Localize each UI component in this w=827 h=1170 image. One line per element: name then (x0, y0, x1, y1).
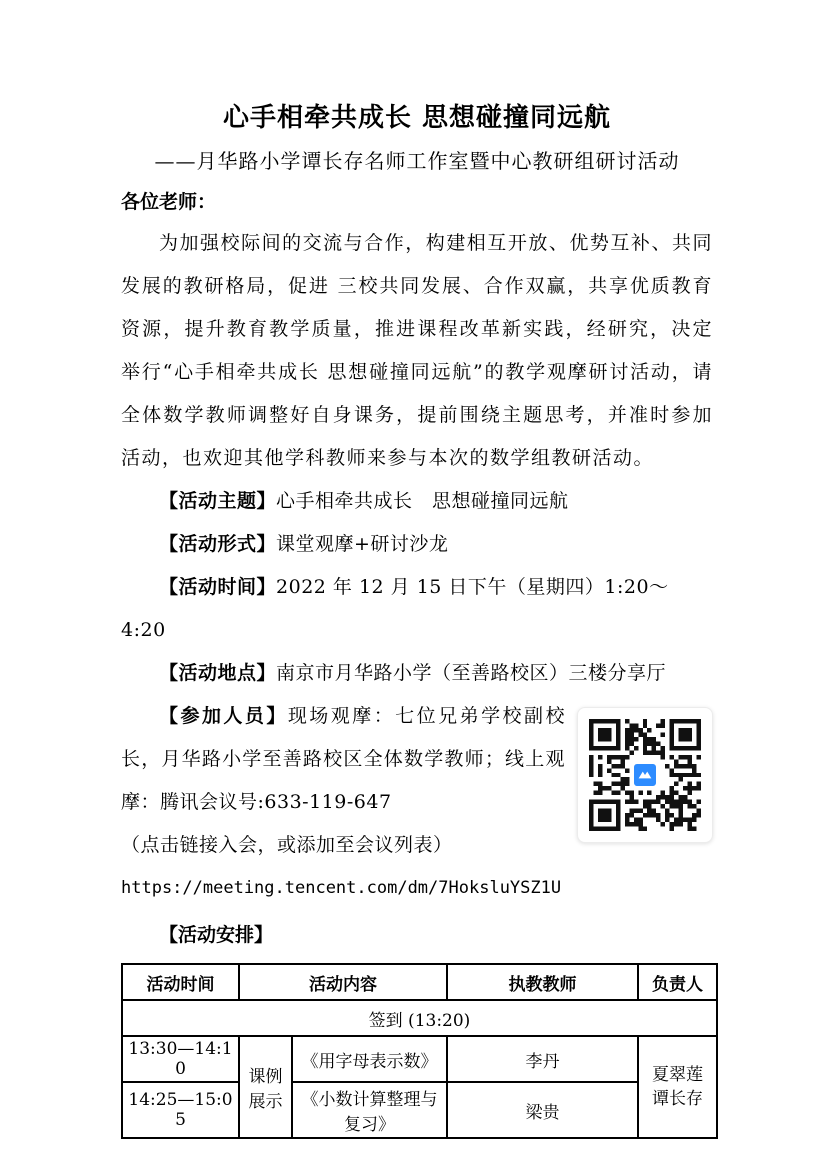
signin-cell: 签到 (13:20) (122, 1000, 717, 1036)
schedule-row-2: 14:25—15:05 《小数计算整理与复习》 梁贵 (122, 1082, 717, 1138)
col-header-teacher: 执教教师 (447, 964, 638, 1000)
schedule-header-row: 活动时间 活动内容 执教教师 负责人 (122, 964, 717, 1000)
doc-subtitle: ——月华路小学谭长存名师工作室暨中心教研组研讨活动 (121, 146, 713, 176)
detail-format-value: 课堂观摩+研讨沙龙 (276, 533, 448, 555)
document-page: 心手相牵共成长 思想碰撞同远航 ——月华路小学谭长存名师工作室暨中心教研组研讨活… (0, 0, 827, 1170)
tencent-meeting-logo-icon (632, 762, 658, 788)
detail-time-label: 【活动时间】 (159, 576, 276, 598)
cell-leads: 夏翠莲 谭长存 (638, 1036, 717, 1138)
detail-location: 【活动地点】南京市月华路小学（至善路校区）三楼分享厅 (121, 652, 713, 695)
detail-format: 【活动形式】课堂观摩+研讨沙龙 (121, 523, 713, 566)
detail-format-label: 【活动形式】 (159, 533, 276, 555)
qr-code-card (577, 707, 713, 843)
detail-theme: 【活动主题】心手相牵共成长 思想碰撞同远航 (121, 480, 713, 523)
col-header-content: 活动内容 (239, 964, 447, 1000)
cell-activity-type: 课例展示 (239, 1036, 292, 1138)
meeting-link[interactable]: https://meeting.tencent.com/dm/7HoksluYS… (121, 867, 713, 910)
detail-theme-value: 心手相牵共成长 思想碰撞同远航 (276, 490, 569, 512)
cell-teacher-1: 李丹 (447, 1036, 638, 1082)
salutation: 各位老师： (121, 182, 713, 222)
cell-time-1: 13:30—14:10 (122, 1036, 239, 1082)
detail-location-value: 南京市月华路小学（至善路校区）三楼分享厅 (276, 662, 666, 684)
detail-theme-label: 【活动主题】 (159, 490, 276, 512)
participants-label: 【参加人员】 (159, 705, 288, 727)
signin-row: 签到 (13:20) (122, 1000, 717, 1036)
schedule-table: 活动时间 活动内容 执教教师 负责人 签到 (13:20) 13:30—14:1… (121, 963, 718, 1139)
doc-title: 心手相牵共成长 思想碰撞同远航 (121, 102, 713, 134)
meeting-wings-icon (636, 766, 654, 784)
participants-block: 【参加人员】现场观摩：七位兄弟学校副校长，月华路小学至善路校区全体数学教师；线上… (121, 695, 713, 910)
col-header-lead: 负责人 (638, 964, 717, 1000)
cell-teacher-2: 梁贵 (447, 1082, 638, 1138)
cell-time-2: 14:25—15:05 (122, 1082, 239, 1138)
lead-name-2: 谭长存 (642, 1087, 713, 1111)
intro-paragraph: 为加强校际间的交流与合作，构建相互开放、优势互补、共同发展的教研格局，促进 三校… (121, 222, 713, 480)
detail-location-label: 【活动地点】 (159, 662, 276, 684)
schedule-heading: 【活动安排】 (121, 914, 713, 957)
schedule-row-1: 13:30—14:10 课例展示 《用字母表示数》 李丹 夏翠莲 谭长存 (122, 1036, 717, 1082)
col-header-time: 活动时间 (122, 964, 239, 1000)
cell-content-1: 《用字母表示数》 (292, 1036, 447, 1082)
lead-name-1: 夏翠莲 (642, 1063, 713, 1087)
detail-time: 【活动时间】2022 年 12 月 15 日下午（星期四）1:20～4:20 (121, 566, 713, 652)
cell-content-2: 《小数计算整理与复习》 (292, 1082, 447, 1138)
